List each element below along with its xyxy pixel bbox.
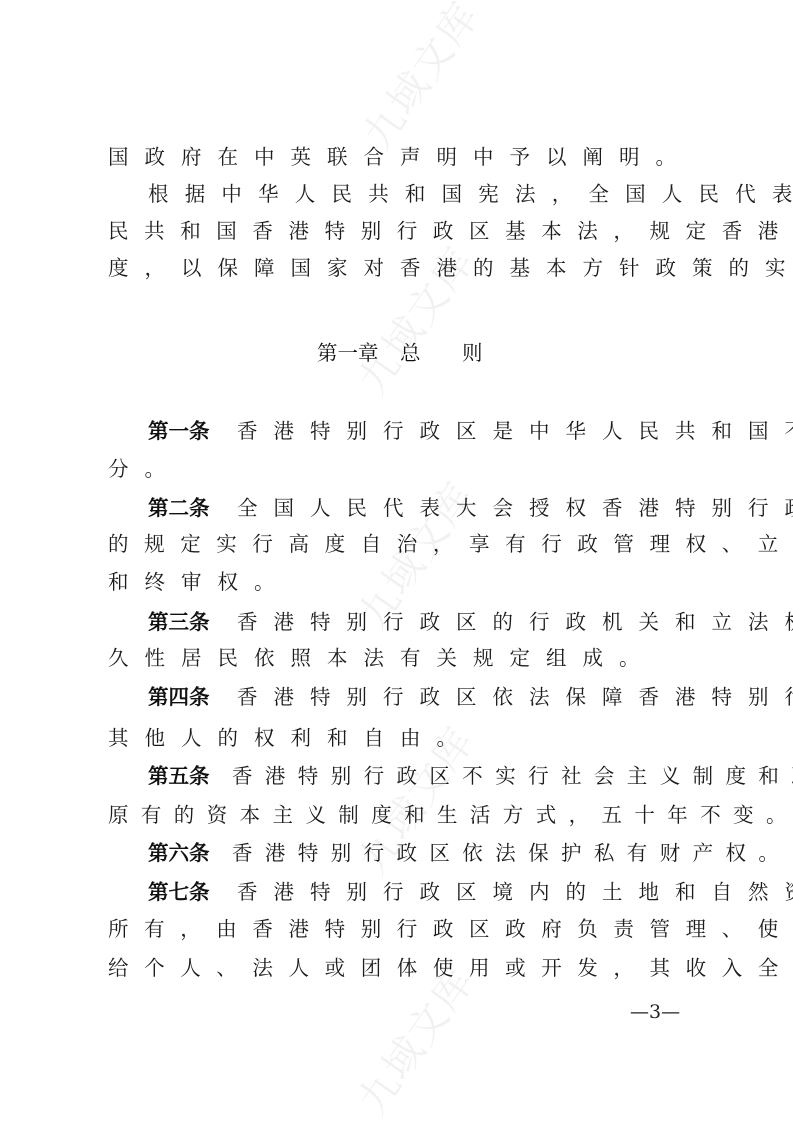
article-7-continuation: 给个人、法人或团体使用或开发，其收入全归香港特别行政区政 bbox=[108, 953, 708, 983]
chapter-title-part2: 则 bbox=[462, 338, 483, 368]
article-text: 香港特别行政区不实行社会主义制度和政策，保持 bbox=[232, 764, 793, 788]
article-label: 第四条 bbox=[148, 682, 237, 712]
document-page: 九域文库 九域文库 九域文库 九域文库 九域文库 国政府在中英联合声明中予以阐明… bbox=[0, 0, 793, 1122]
article-text: 香港特别行政区是中华人民共和国不可分离的部 bbox=[237, 419, 793, 443]
article-text: 香港特别行政区境内的土地和自然资源属于国家 bbox=[237, 880, 793, 904]
article-label: 第一条 bbox=[148, 416, 237, 446]
article-6: 第六条香港特别行政区依法保护私有财产权。 bbox=[148, 838, 748, 868]
intro-line: 根据中华人民共和国宪法，全国人民代表大会特制定中华人 bbox=[148, 179, 748, 209]
article-2-continuation: 的规定实行高度自治，享有行政管理权、立法权、独立的司法权 bbox=[108, 529, 708, 559]
page-number: —3— bbox=[630, 1000, 680, 1024]
article-label: 第五条 bbox=[148, 761, 232, 791]
chapter-number: 第一章 bbox=[317, 338, 379, 368]
article-7-continuation: 所有，由香港特别行政区政府负责管理、使用、开发、出租或批 bbox=[108, 914, 708, 944]
article-label: 第七条 bbox=[148, 877, 237, 907]
article-5: 第五条香港特别行政区不实行社会主义制度和政策，保持 bbox=[148, 761, 748, 791]
article-1: 第一条香港特别行政区是中华人民共和国不可分离的部 bbox=[148, 416, 748, 446]
article-label: 第三条 bbox=[148, 607, 237, 637]
article-5-continuation: 原有的资本主义制度和生活方式，五十年不变。 bbox=[108, 800, 708, 830]
article-2-continuation: 和终审权。 bbox=[108, 567, 708, 597]
article-3-continuation: 久性居民依照本法有关规定组成。 bbox=[108, 643, 708, 673]
article-2: 第二条全国人民代表大会授权香港特别行政区依照本法 bbox=[148, 493, 748, 523]
chapter-title-part1: 总 bbox=[400, 338, 421, 368]
article-label: 第二条 bbox=[148, 493, 237, 523]
article-4: 第四条香港特别行政区依法保障香港特别行政区居民和 bbox=[148, 682, 748, 712]
article-text: 全国人民代表大会授权香港特别行政区依照本法 bbox=[237, 496, 793, 520]
intro-line: 度，以保障国家对香港的基本方针政策的实施。 bbox=[108, 253, 708, 283]
watermark: 九域文库 bbox=[347, 0, 490, 159]
intro-line: 国政府在中英联合声明中予以阐明。 bbox=[108, 142, 708, 172]
article-4-continuation: 其他人的权利和自由。 bbox=[108, 723, 708, 753]
article-text: 香港特别行政区依法保护私有财产权。 bbox=[232, 841, 791, 865]
article-7: 第七条香港特别行政区境内的土地和自然资源属于国家 bbox=[148, 877, 748, 907]
article-label: 第六条 bbox=[148, 838, 232, 868]
article-text: 香港特别行政区的行政机关和立法机关由香港永 bbox=[237, 610, 793, 634]
article-1-continuation: 分。 bbox=[108, 454, 708, 484]
article-3: 第三条香港特别行政区的行政机关和立法机关由香港永 bbox=[148, 607, 748, 637]
article-text: 香港特别行政区依法保障香港特别行政区居民和 bbox=[237, 685, 793, 709]
intro-line: 民共和国香港特别行政区基本法，规定香港特别行政区实行的制 bbox=[108, 216, 708, 246]
